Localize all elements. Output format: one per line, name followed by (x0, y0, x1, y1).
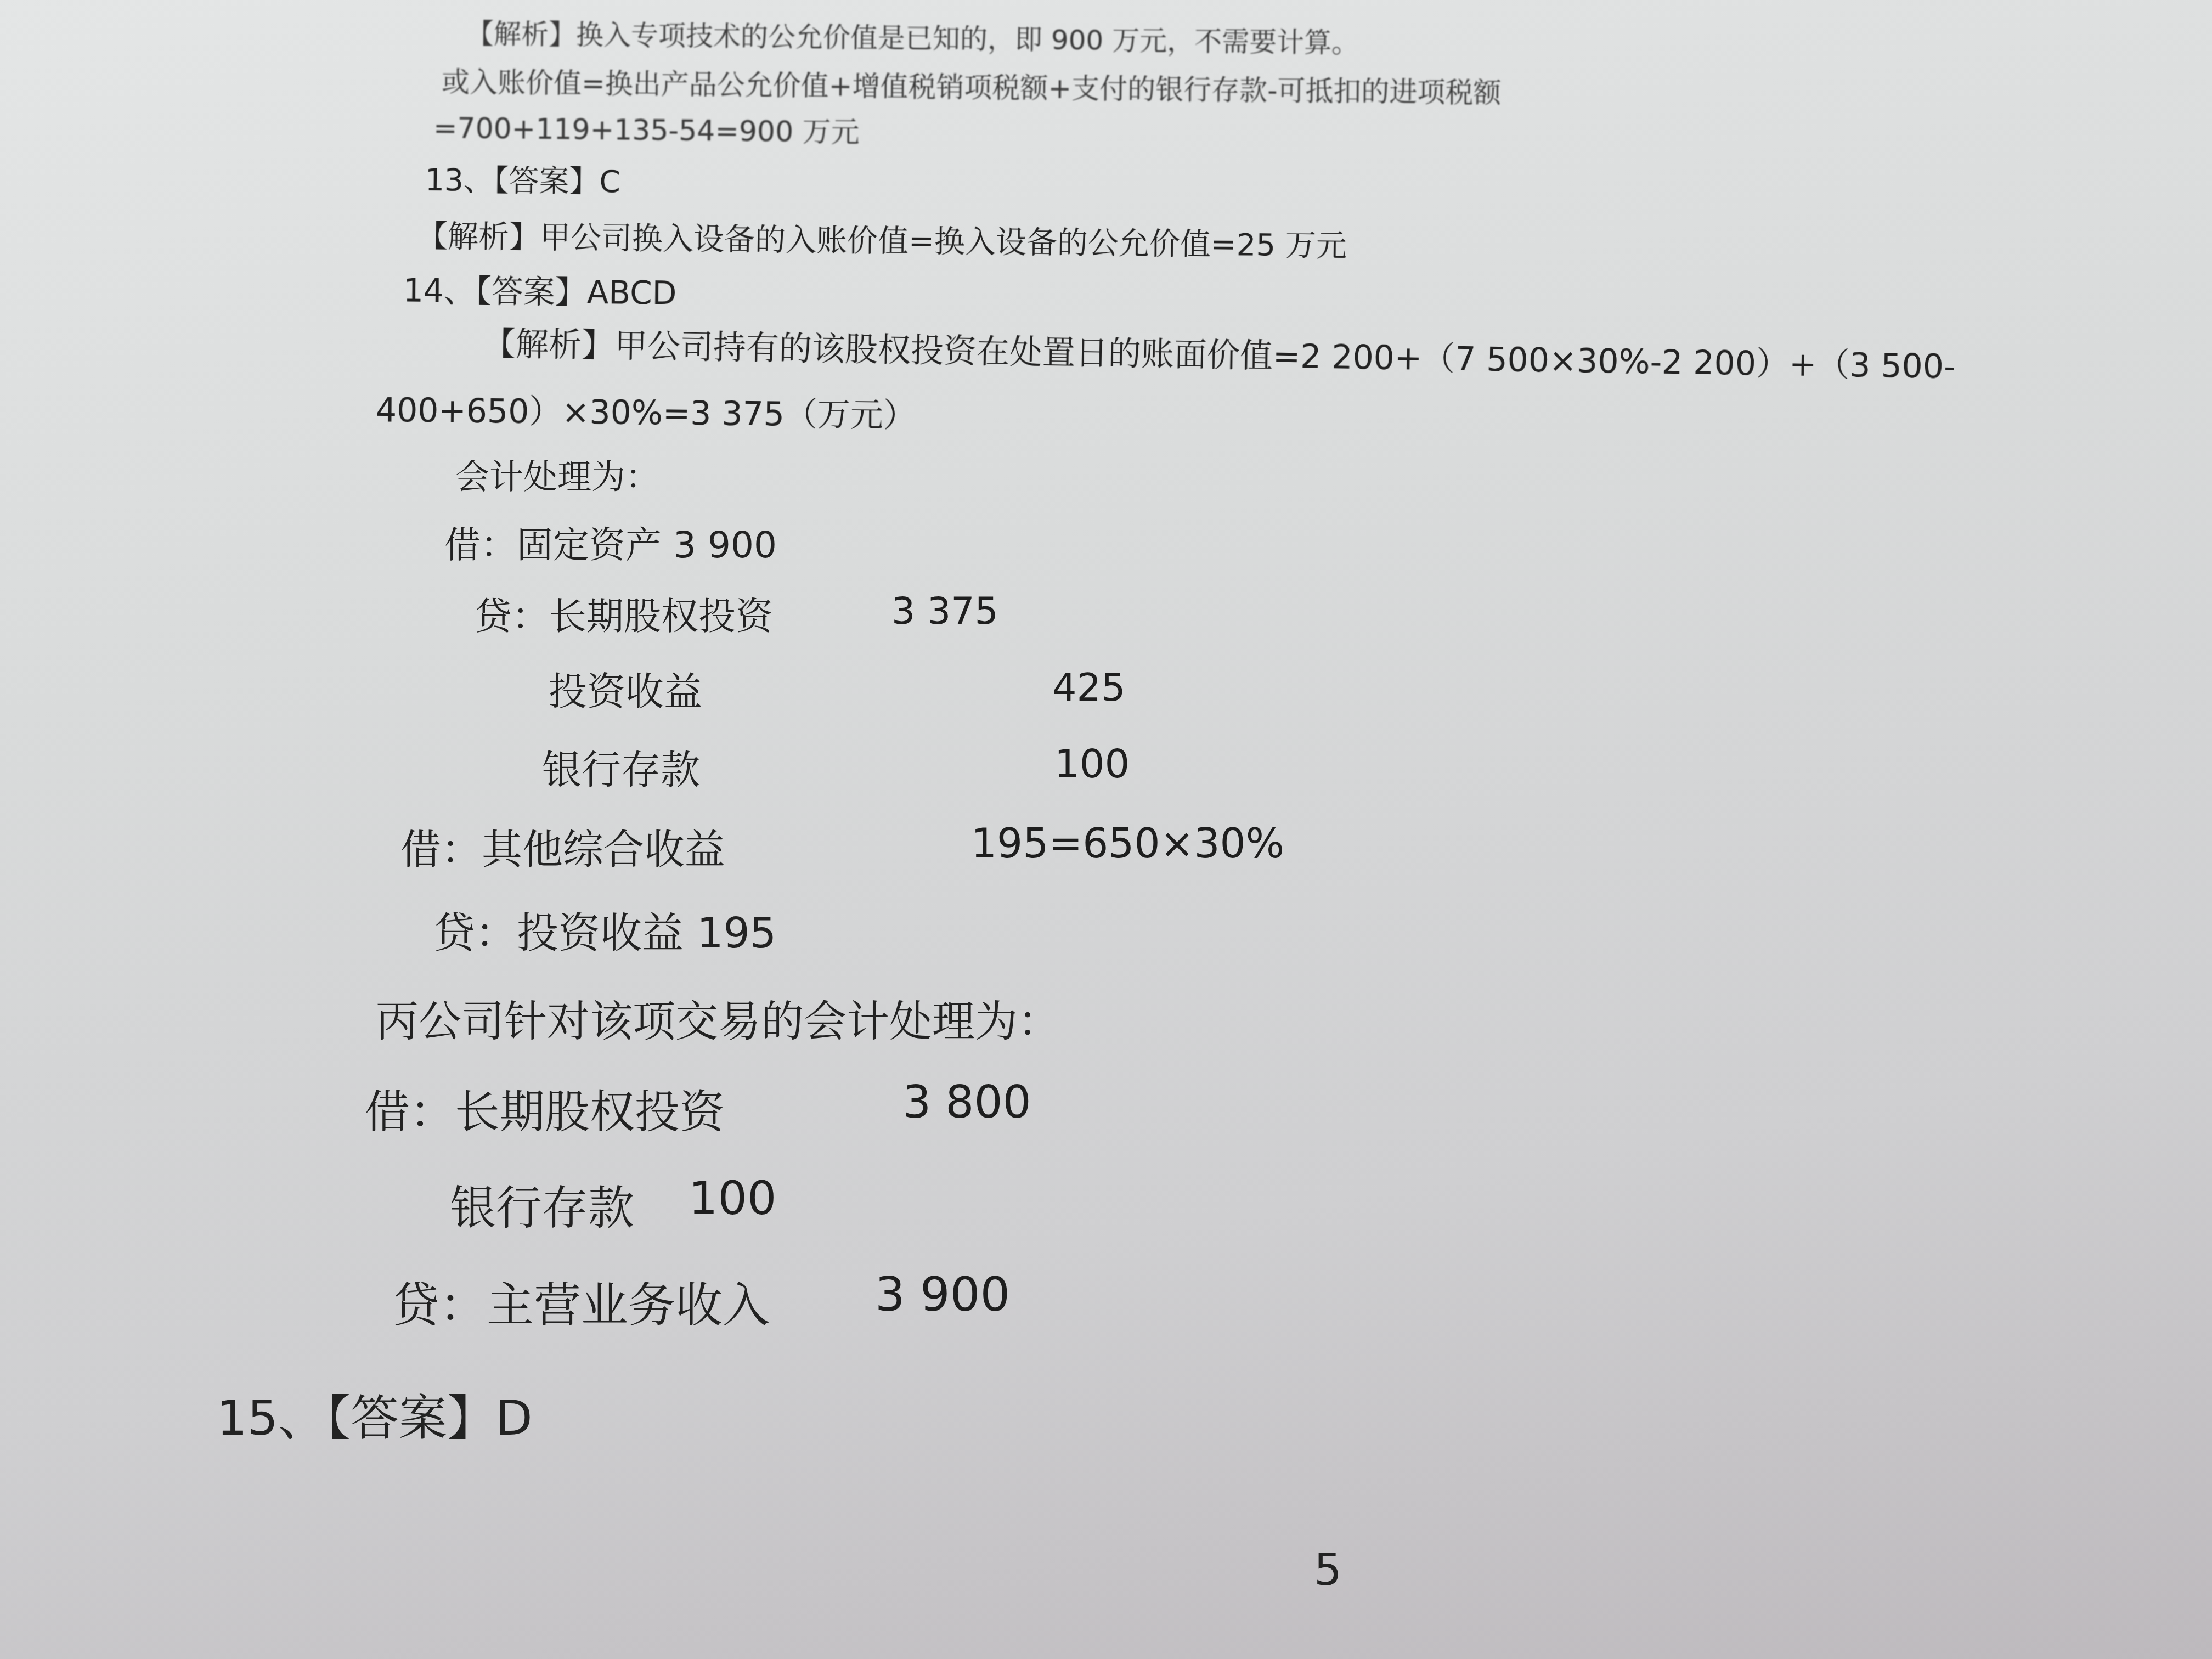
bing-entry-debit-bank-deposit-amount: 100 (689, 1171, 776, 1225)
entry-debit-oci-amount: 195=650×30% (971, 820, 1284, 867)
q14-analysis-line-2: 400+650）×30%=3 375（万元） (376, 384, 917, 437)
q13-answer: 13、【答案】C (425, 155, 621, 201)
page-number: 5 (1314, 1544, 1342, 1595)
entry-debit-fixed-assets: 借：固定资产 3 900 (444, 516, 777, 568)
bing-entry-credit-main-revenue-amount: 3 900 (875, 1267, 1010, 1322)
q12-analysis-line-3: =700+119+135-54=900 万元 (433, 105, 860, 150)
entry-debit-oci: 借：其他综合收益 (400, 817, 725, 876)
entry-credit-investment-income-amount: 425 (1052, 665, 1126, 710)
bing-entry-debit-bank-deposit: 银行存款 (450, 1171, 634, 1238)
entry-credit-lt-equity-investment: 贷：长期股权投资 (475, 587, 773, 640)
entry-credit-lt-equity-investment-amount: 3 375 (891, 590, 998, 633)
bing-entry-debit-lt-equity-investment: 借：长期股权投资 (365, 1076, 725, 1141)
q14-accounting-title: 会计处理为： (455, 450, 659, 499)
entry-credit-investment-income: 投资收益 (549, 661, 702, 716)
q15-answer: 15、【答案】D (217, 1380, 533, 1449)
bing-entry-debit-lt-equity-investment-amount: 3 800 (902, 1076, 1031, 1128)
bing-accounting-title: 丙公司针对该项交易的会计处理为： (376, 988, 1060, 1049)
q12-analysis-line-1: 【解析】换入专项技术的公允价值是已知的，即 900 万元，不需要计算。 (466, 12, 1359, 60)
q14-answer: 14、【答案】ABCD (403, 264, 677, 313)
entry-credit-bank-deposit-amount: 100 (1054, 741, 1130, 787)
entry-credit-bank-deposit: 银行存款 (542, 738, 700, 795)
entry-credit-investment-income-195: 贷：投资收益 195 (433, 900, 776, 960)
q13-analysis: 【解析】甲公司换入设备的入账价值=换入设备的公允价值=25 万元 (417, 212, 1347, 266)
bing-entry-credit-main-revenue: 贷：主营业务收入 (392, 1267, 770, 1335)
document-page: 【解析】换入专项技术的公允价值是已知的，即 900 万元，不需要计算。 或入账价… (0, 0, 2212, 1659)
q12-analysis-line-2: 或入账价值=换出产品公允价值+增值税销项税额+支付的银行存款-可抵扣的进项税额 (442, 59, 1502, 111)
q14-analysis-line-1: 【解析】甲公司持有的该股权投资在处置日的账面价值=2 200+（7 500×30… (482, 318, 1956, 388)
